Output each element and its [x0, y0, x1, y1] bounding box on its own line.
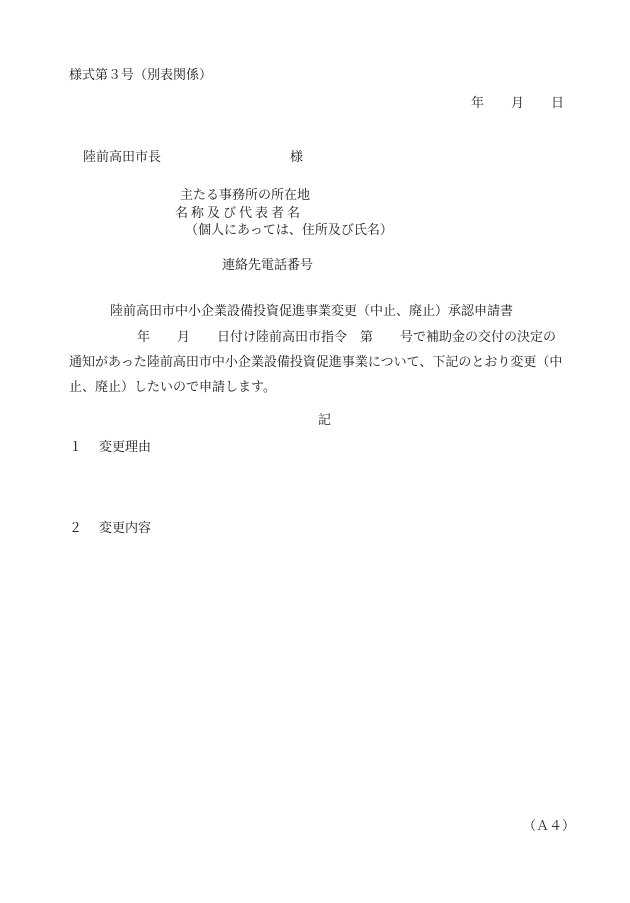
body-line-1: 年月日付け陸前高田市指令 第号で補助金の交付の決定の — [69, 331, 579, 356]
paper-size-label: （Ａ４） — [523, 820, 575, 833]
date-day-label: 日 — [551, 97, 564, 110]
addressee-honorific: 様 — [290, 151, 303, 164]
item-number: １ — [69, 441, 99, 454]
item-number: ２ — [69, 522, 99, 535]
body-paragraph: 年月日付け陸前高田市指令 第号で補助金の交付の決定の 通知があった陸前高田市中小… — [69, 331, 579, 406]
item-change-content: ２変更内容 — [69, 522, 151, 535]
date-month-label: 月 — [511, 97, 524, 110]
applicant-name-label: 名称及び代表者名 — [175, 207, 303, 220]
body-text-a: 日付け陸前高田市指令 第 — [217, 331, 373, 344]
item-change-reason: １変更理由 — [69, 441, 151, 454]
ki-heading: 記 — [318, 414, 331, 427]
addressee-name: 陸前高田市長 — [83, 151, 161, 164]
date-line: 年月日 — [471, 97, 564, 110]
body-text-b: 号で補助金の交付の決定の — [400, 331, 556, 344]
item-label: 変更内容 — [99, 521, 151, 536]
applicant-individual-note: （個人にあっては、住所及び氏名） — [185, 224, 393, 237]
item-label: 変更理由 — [99, 440, 151, 455]
body-year-label: 年 — [137, 331, 150, 344]
document-title: 陸前高田市中小企業設備投資促進事業変更（中止、廃止）承認申請書 — [110, 305, 513, 318]
body-line-3: 止、廃止）したいので申請します。 — [69, 381, 579, 406]
applicant-phone-label: 連絡先電話番号 — [222, 259, 313, 272]
applicant-address-label: 主たる事務所の所在地 — [180, 189, 310, 202]
date-year-label: 年 — [471, 97, 484, 110]
body-line-2: 通知があった陸前高田市中小企業設備投資促進事業について、下記のとおり変更（中 — [69, 356, 579, 381]
body-month-label: 月 — [177, 331, 190, 344]
form-number: 様式第３号（別表関係） — [69, 69, 212, 82]
